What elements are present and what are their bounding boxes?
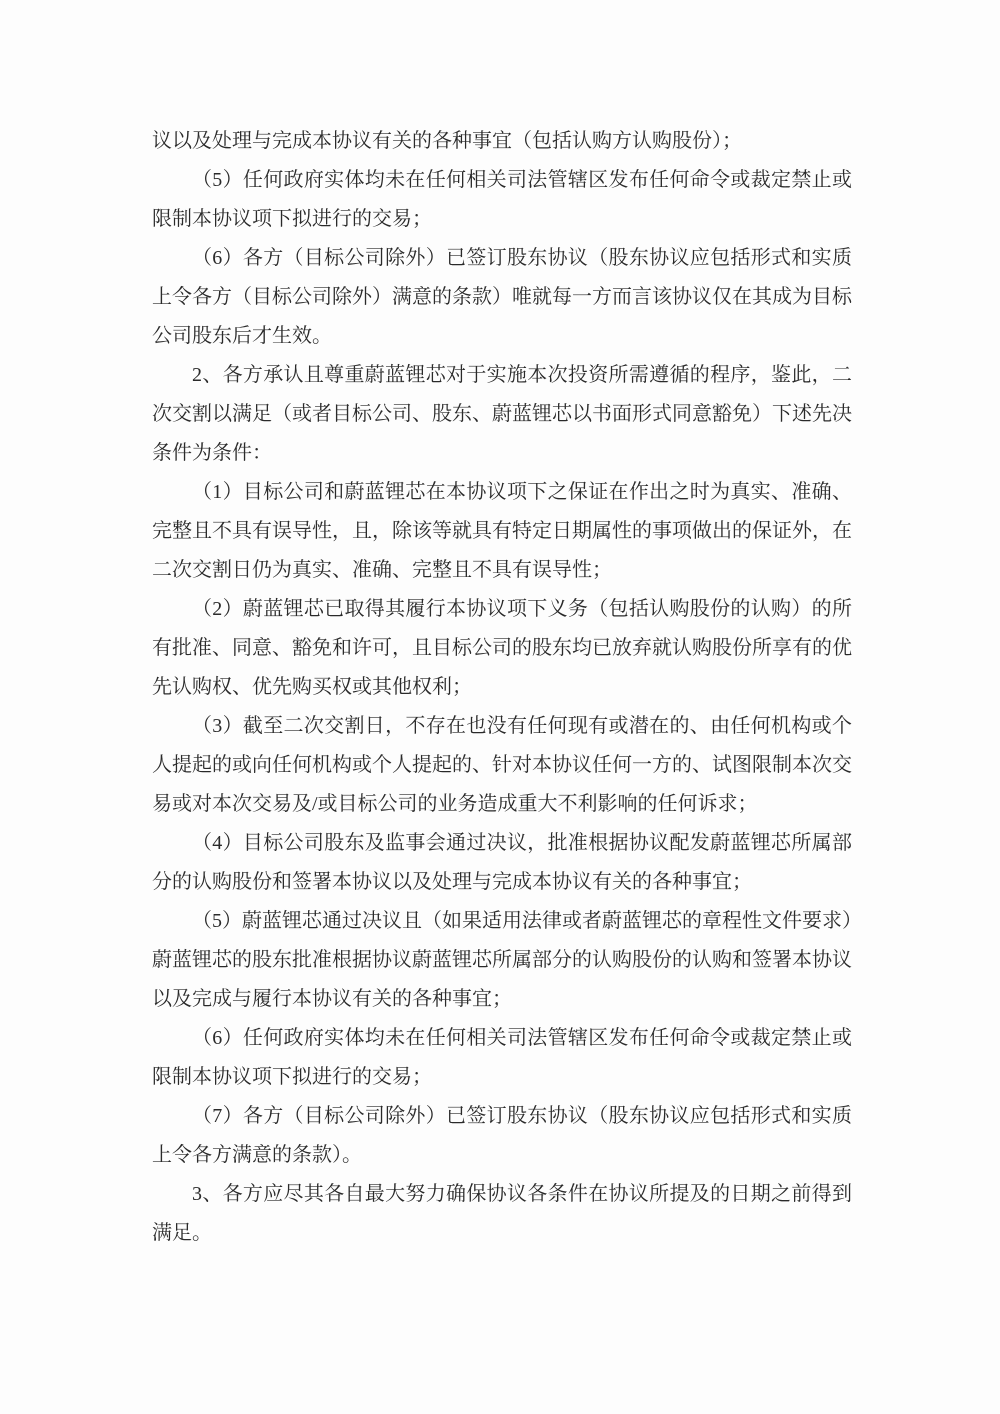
clause-2-2: （2）蔚蓝锂芯已取得其履行本协议项下义务（包括认购股份的认购）的所有批准、同意、… <box>152 590 852 707</box>
clause-1-6: （6）各方（目标公司除外）已签订股东协议（股东协议应包括形式和实质上令各方（目标… <box>152 239 852 356</box>
clause-2-5: （5）蔚蓝锂芯通过决议且（如果适用法律或者蔚蓝锂芯的章程性文件要求）蔚蓝锂芯的股… <box>152 902 852 1019</box>
clause-2-3: （3）截至二次交割日，不存在也没有任何现有或潜在的、由任何机构或个人提起的或向任… <box>152 707 852 824</box>
clause-2-1: （1）目标公司和蔚蓝锂芯在本协议项下之保证在作出之时为真实、准确、完整且不具有误… <box>152 473 852 590</box>
document-body: 议以及处理与完成本协议有关的各种事宜（包括认购方认购股份）； （5）任何政府实体… <box>152 122 852 1253</box>
clause-2-4: （4）目标公司股东及监事会通过决议，批准根据协议配发蔚蓝锂芯所属部分的认购股份和… <box>152 824 852 902</box>
section-2-intro: 2、各方承认且尊重蔚蓝锂芯对于实施本次投资所需遵循的程序，鉴此，二次交割以满足（… <box>152 356 852 473</box>
section-3: 3、各方应尽其各自最大努力确保协议各条件在协议所提及的日期之前得到满足。 <box>152 1175 852 1253</box>
clause-2-7: （7）各方（目标公司除外）已签订股东协议（股东协议应包括形式和实质上令各方满意的… <box>152 1097 852 1175</box>
clause-1-5: （5）任何政府实体均未在任何相关司法管辖区发布任何命令或裁定禁止或限制本协议项下… <box>152 161 852 239</box>
paragraph-continuation: 议以及处理与完成本协议有关的各种事宜（包括认购方认购股份）； <box>152 122 852 161</box>
document-page: 议以及处理与完成本协议有关的各种事宜（包括认购方认购股份）； （5）任何政府实体… <box>0 0 1000 1414</box>
clause-2-6: （6）任何政府实体均未在任何相关司法管辖区发布任何命令或裁定禁止或限制本协议项下… <box>152 1019 852 1097</box>
